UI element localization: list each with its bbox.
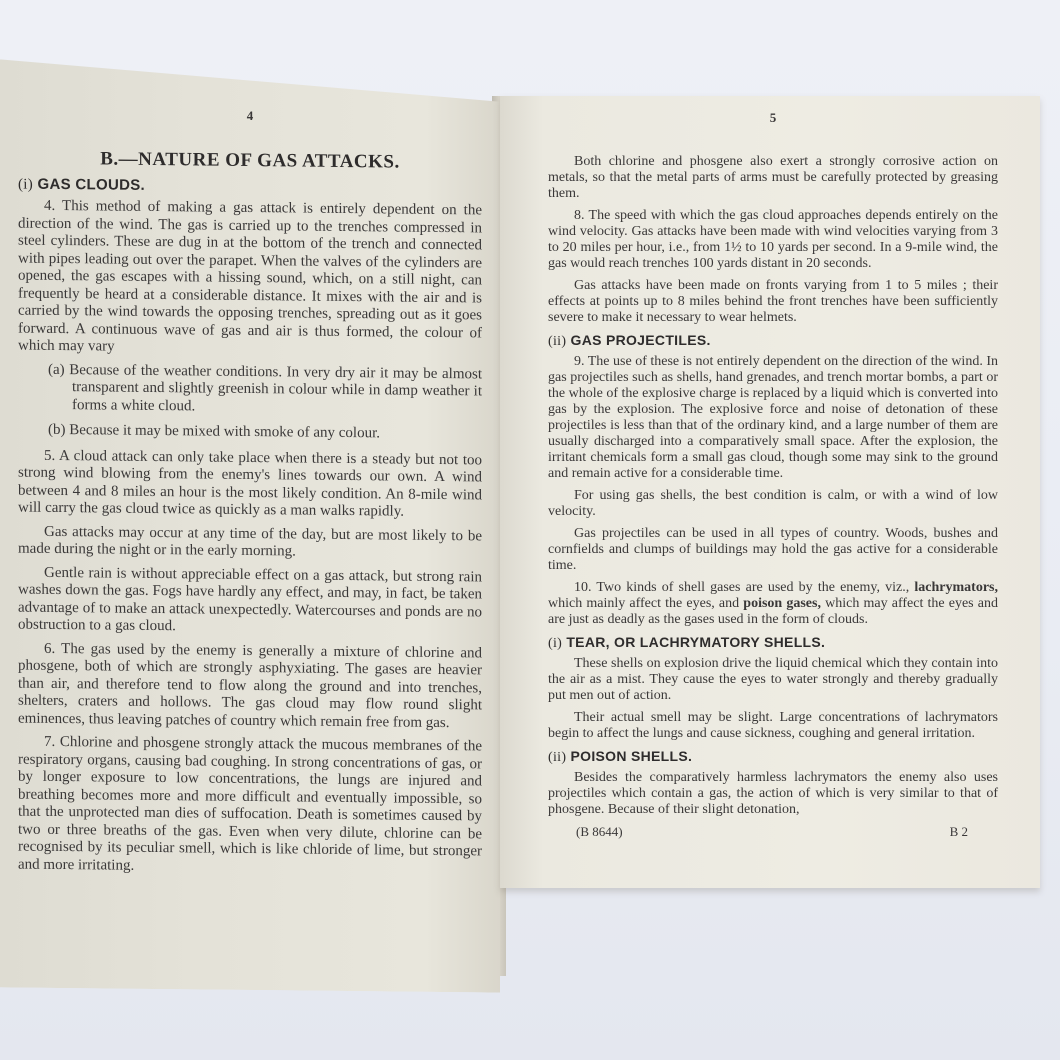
signature-mark: B 2 xyxy=(950,824,968,840)
paragraph-9: 9. The use of these is not entirely depe… xyxy=(548,354,998,482)
sub-item-a: (a) Because of the weather conditions. I… xyxy=(48,361,482,418)
term-poison-gases: poison gases, xyxy=(743,596,821,611)
paragraph-5: 5. A cloud attack can only take place wh… xyxy=(18,447,482,522)
subheading-gas-projectiles: (ii) GAS PROJECTILES. xyxy=(548,332,998,350)
subheading-gas-clouds: (i) GAS CLOUDS. xyxy=(18,176,482,199)
paragraph-country: Gas projectiles can be used in all types… xyxy=(548,526,998,574)
paragraph-best-condition: For using gas shells, the best condition… xyxy=(548,488,998,520)
para10-text: 10. Two kinds of shell gases are used by… xyxy=(574,580,914,595)
para10-text: which mainly affect the eyes, and xyxy=(548,596,743,611)
paragraph-tear-1: These shells on explosion drive the liqu… xyxy=(548,656,998,704)
page-number: 5 xyxy=(548,110,998,126)
subheading-text: GAS CLOUDS. xyxy=(38,176,145,194)
subheading-number: (i) xyxy=(548,636,562,651)
paragraph-rain: Gentle rain is without appreciable effec… xyxy=(18,564,482,639)
paragraph-8: 8. The speed with which the gas cloud ap… xyxy=(548,208,998,272)
paragraph-6: 6. The gas used by the enemy is generall… xyxy=(18,640,482,732)
right-page: 5 Both chlorine and phosgene also exert … xyxy=(500,96,1040,888)
paragraph-timing: Gas attacks may occur at any time of the… xyxy=(18,523,482,563)
subheading-number: (ii) xyxy=(548,750,566,765)
paragraph-10: 10. Two kinds of shell gases are used by… xyxy=(548,580,998,628)
paragraph-4: 4. This method of making a gas attack is… xyxy=(18,198,482,360)
paragraph-tear-2: Their actual smell may be slight. Large … xyxy=(548,710,998,742)
sub-item-b: (b) Because it may be mixed with smoke o… xyxy=(48,422,482,444)
subheading-poison-shells: (ii) POISON SHELLS. xyxy=(548,748,998,766)
subheading-text: TEAR, OR LACHRYMATORY SHELLS. xyxy=(566,634,825,650)
paragraph-poison-1: Besides the comparatively harmless lachr… xyxy=(548,770,998,818)
subheading-number: (i) xyxy=(18,177,33,193)
subheading-text: POISON SHELLS. xyxy=(571,748,693,764)
subheading-text: GAS PROJECTILES. xyxy=(571,332,711,348)
subheading-number: (ii) xyxy=(548,334,566,349)
paragraph-fronts: Gas attacks have been made on fronts var… xyxy=(548,278,998,326)
page-number: 4 xyxy=(18,106,482,127)
paragraph-corrosive: Both chlorine and phosgene also exert a … xyxy=(548,154,998,202)
term-lachrymators: lachrymators, xyxy=(914,580,998,595)
section-title: B.—NATURE OF GAS ATTACKS. xyxy=(18,148,482,175)
page-footer: (B 8644) B 2 xyxy=(548,824,998,840)
paragraph-7: 7. Chlorine and phosgene strongly attack… xyxy=(18,734,482,879)
print-code: (B 8644) xyxy=(576,824,623,840)
left-page: 4 B.—NATURE OF GAS ATTACKS. (i) GAS CLOU… xyxy=(0,59,500,992)
subheading-tear-shells: (i) TEAR, OR LACHRYMATORY SHELLS. xyxy=(548,634,998,652)
